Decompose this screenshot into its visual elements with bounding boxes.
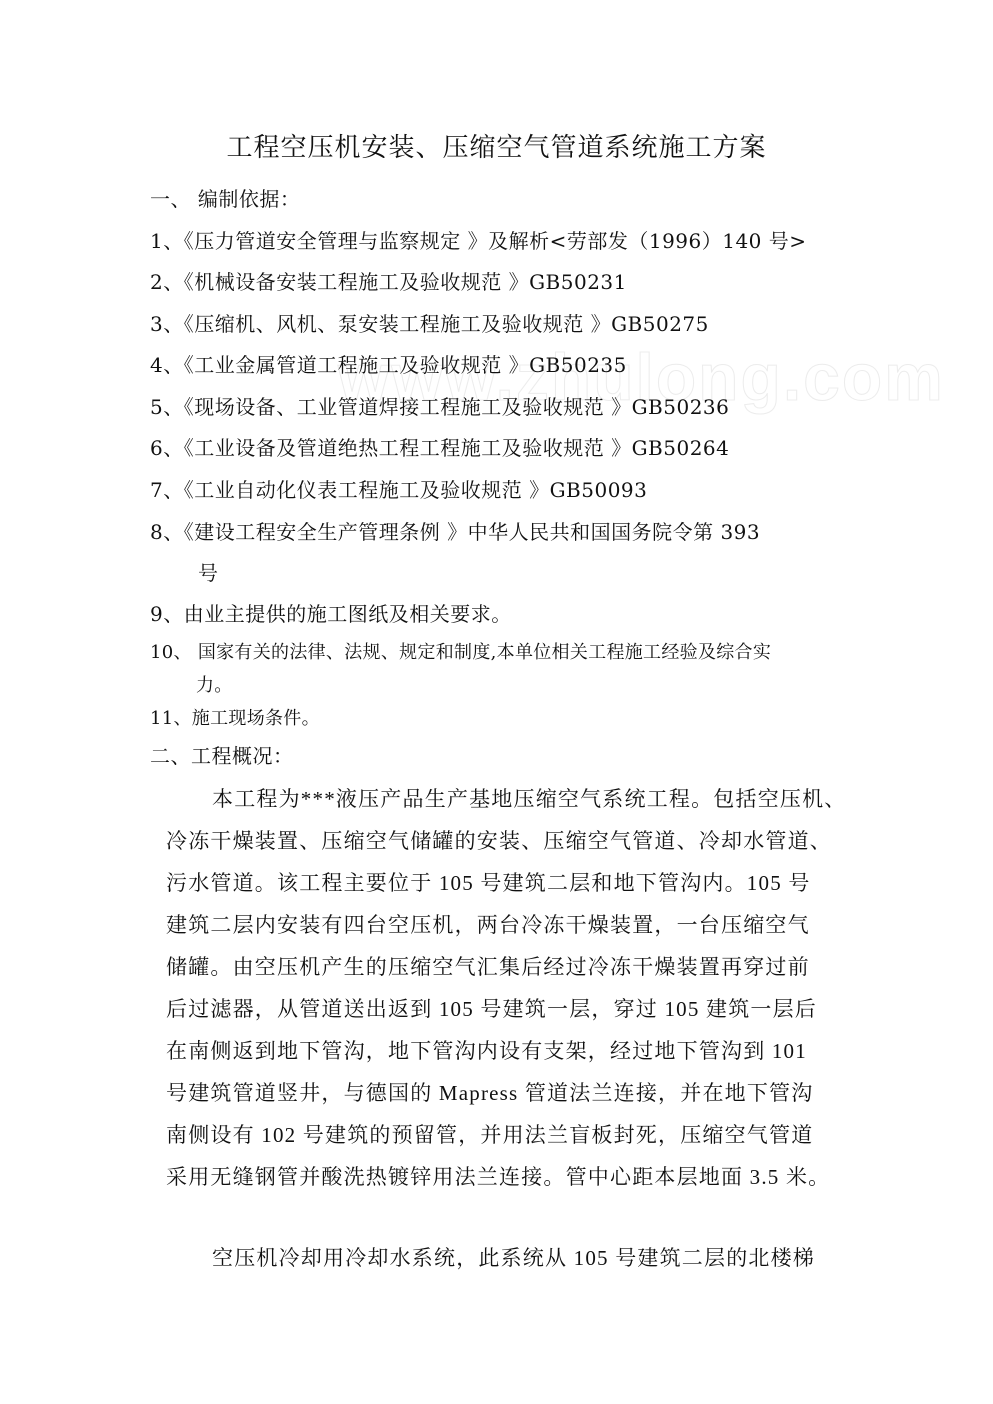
- basis-item-9: 9、由业主提供的施工图纸及相关要求。: [150, 601, 512, 627]
- basis-item-10-continued: 力。: [196, 673, 233, 699]
- cooling-water-line-1: 空压机冷却用冷却水系统，此系统从 105 号建筑二层的北楼梯: [212, 1245, 815, 1271]
- basis-item-2: 2、《机械设备安装工程施工及验收规范 》GB50231: [150, 269, 627, 295]
- basis-item-4: 4、《工业金属管道工程施工及验收规范 》GB50235: [150, 352, 627, 378]
- overview-line-3: 污水管道。该工程主要位于 105 号建筑二层和地下管沟内。105 号: [166, 870, 811, 896]
- document-content: 工程空压机安装、压缩空气管道系统施工方案 一、 编制依据： 1、《压力管道安全管…: [0, 0, 993, 1404]
- overview-line-6: 后过滤器，从管道送出返到 105 号建筑一层，穿过 105 建筑一层后: [166, 996, 817, 1022]
- overview-line-1: 本工程为***液压产品生产基地压缩空气系统工程。包括空压机、: [212, 786, 847, 812]
- basis-item-6: 6、《工业设备及管道绝热工程工程施工及验收规范 》GB50264: [150, 435, 729, 461]
- basis-item-7: 7、《工业自动化仪表工程施工及验收规范 》GB50093: [150, 477, 647, 503]
- basis-item-3: 3、《压缩机、风机、泵安装工程施工及验收规范 》GB50275: [150, 311, 709, 337]
- overview-line-5: 储罐。由空压机产生的压缩空气汇集后经过冷冻干燥装置再穿过前: [166, 954, 810, 980]
- section-heading-basis: 一、 编制依据：: [150, 186, 300, 212]
- document-page: www.zhulong.com 工程空压机安装、压缩空气管道系统施工方案 一、 …: [0, 0, 993, 1404]
- overview-line-4: 建筑二层内安装有四台空压机，两台冷冻干燥装置，一台压缩空气: [166, 912, 810, 938]
- document-title: 工程空压机安装、压缩空气管道系统施工方案: [0, 132, 993, 164]
- basis-item-11: 11、施工现场条件。: [150, 706, 320, 732]
- basis-item-8: 8、《建设工程安全生产管理条例 》中华人民共和国国务院令第 393: [150, 519, 760, 545]
- overview-line-9: 南侧设有 102 号建筑的预留管，并用法兰盲板封死，压缩空气管道: [166, 1122, 813, 1148]
- basis-item-1: 1、《压力管道安全管理与监察规定 》及解析<劳部发（1996）140 号>: [150, 228, 807, 254]
- overview-line-7: 在南侧返到地下管沟，地下管沟内设有支架，经过地下管沟到 101: [166, 1038, 807, 1064]
- basis-item-5: 5、《现场设备、工业管道焊接工程施工及验收规范 》GB50236: [150, 394, 729, 420]
- overview-line-8: 号建筑管道竖井，与德国的 Mapress 管道法兰连接，并在地下管沟: [166, 1080, 813, 1106]
- overview-line-10: 采用无缝钢管并酸洗热镀锌用法兰连接。管中心距本层地面 3.5 米。: [166, 1164, 830, 1190]
- overview-line-2: 冷冻干燥装置、压缩空气储罐的安装、压缩空气管道、冷却水管道、: [166, 828, 832, 854]
- basis-item-10: 10、 国家有关的法律、法规、规定和制度,本单位相关工程施工经验及综合实: [150, 640, 771, 666]
- section-heading-overview: 二、工程概况：: [150, 743, 294, 769]
- basis-item-8-continued: 号: [198, 560, 219, 586]
